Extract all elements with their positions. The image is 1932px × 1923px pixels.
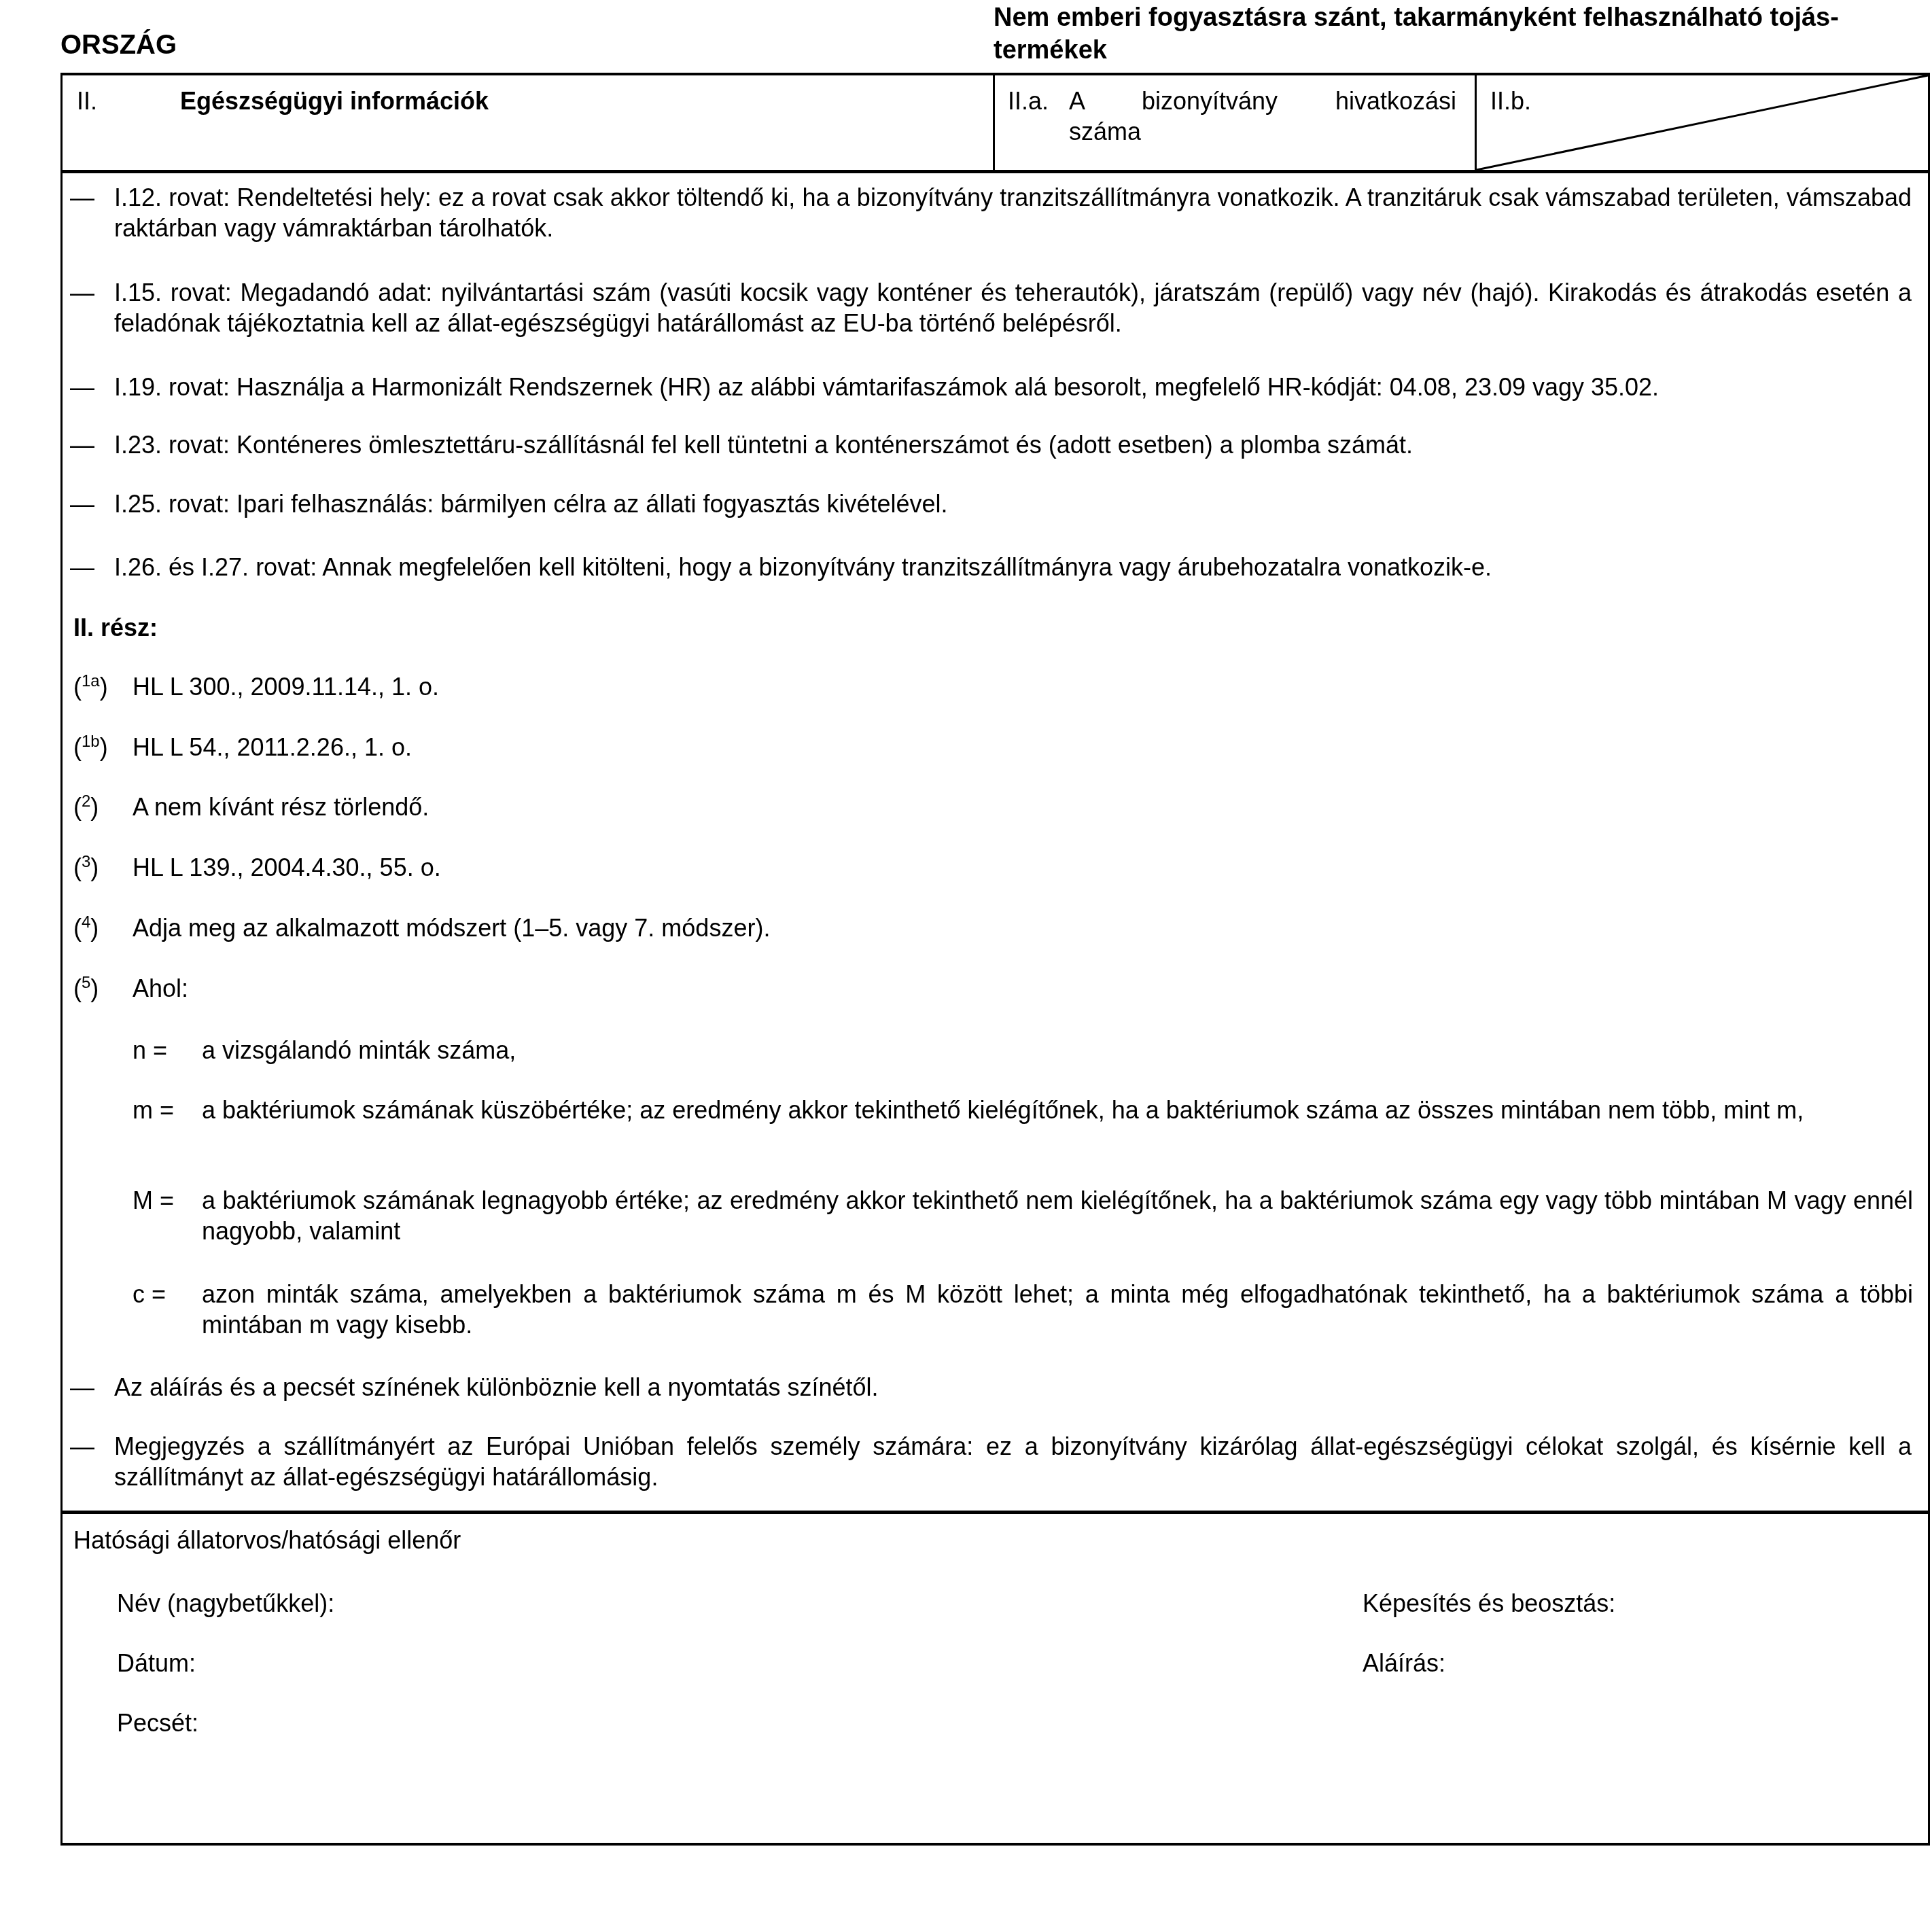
note-item: — I.23. rovat: Konténeres ömlesztettáru-… [70,429,1912,460]
qualification-field-label: Képesítés és beosztás: [1363,1588,1615,1619]
footnote-text: Ahol: [133,973,188,1004]
date-field-label: Dátum: [117,1648,196,1678]
definition-symbol: M = [133,1185,174,1216]
definition-item: m = a baktériumok számának küszöbértéke;… [133,1095,1913,1125]
definition-text: a baktériumok számának legnagyobb értéke… [202,1185,1913,1246]
dash: — [70,429,94,460]
official-heading: Hatósági állatorvos/hatósági ellenőr [73,1525,461,1555]
signature-section-divider [60,1511,1930,1514]
dash: — [70,1431,94,1462]
note-item: — Az aláírás és a pecsét színének különb… [70,1372,1912,1402]
name-field-label: Név (nagybetűkkel): [117,1588,334,1619]
dash: — [70,372,94,402]
definition-symbol: c = [133,1279,166,1309]
footnote-marker: (3) [73,852,99,883]
section-number: II. [77,86,97,116]
crossed-out-cell-diagonal [1475,74,1929,171]
note-text: I.19. rovat: Használja a Harmonizált Ren… [114,372,1912,402]
section-title: Egészségügyi információk [180,86,489,116]
footnote-text: Adja meg az alkalmazott módszert (1–5. v… [133,913,770,943]
iib-label: II.b. [1490,86,1531,116]
stamp-field-label: Pecsét: [117,1708,198,1738]
note-item: — I.26. és I.27. rovat: Annak megfelelőe… [70,552,1912,582]
signature-field-label: Aláírás: [1363,1648,1445,1678]
definition-item: M = a baktériumok számának legnagyobb ér… [133,1185,1913,1246]
note-text: I.15. rovat: Megadandó adat: nyilvántart… [114,277,1912,338]
dash: — [70,277,94,308]
note-item: — I.15. rovat: Megadandó adat: nyilvánta… [70,277,1912,338]
footnote-marker: (4) [73,913,99,943]
note-text: I.25. rovat: Ipari felhasználás: bármily… [114,489,1912,519]
definition-text: azon minták száma, amelyekben a baktériu… [202,1279,1913,1340]
note-item: — Megjegyzés a szállítmányért az Európai… [70,1431,1912,1492]
footnote-text: A nem kívánt rész törlendő. [133,792,429,822]
certificate-title: Nem emberi fogyasztásra szánt, takarmány… [994,1,1929,67]
definition-symbol: m = [133,1095,174,1125]
definition-symbol: n = [133,1035,167,1065]
reference-number-text-2: száma [1069,116,1141,147]
footnote-text: HL L 139., 2004.4.30., 55. o. [133,852,441,883]
note-text: I.12. rovat: Rendeltetési hely: ez a rov… [114,182,1912,243]
part2-heading: II. rész: [73,612,158,643]
certificate-title-line-1: Nem emberi fogyasztásra szánt, takarmány… [994,1,1929,34]
footnote-marker: (5) [73,973,99,1004]
footnote-marker: (1b) [73,732,108,762]
certificate-title-line-2: termékek [994,34,1929,67]
footnote-text: HL L 300., 2009.11.14., 1. o. [133,671,439,702]
definition-text: a baktériumok számának küszöbértéke; az … [202,1095,1913,1125]
note-text: Megjegyzés a szállítmányért az Európai U… [114,1431,1912,1492]
note-text: I.23. rovat: Konténeres ömlesztettáru-sz… [114,429,1912,460]
footnote-marker: (2) [73,792,99,822]
note-item: — I.12. rovat: Rendeltetési hely: ez a r… [70,182,1912,243]
header-column-divider-1 [993,74,995,171]
dash: — [70,182,94,213]
note-item: — I.25. rovat: Ipari felhasználás: bármi… [70,489,1912,519]
dash: — [70,1372,94,1402]
footnote-text: HL L 54., 2011.2.26., 1. o. [133,732,412,762]
definition-text: a vizsgálandó minták száma, [202,1035,1913,1065]
reference-number-label: II.a. [1008,86,1049,116]
note-text: Az aláírás és a pecsét színének különböz… [114,1372,1912,1402]
note-text: I.26. és I.27. rovat: Annak megfelelően … [114,552,1912,582]
definition-item: c = azon minták száma, amelyekben a bakt… [133,1279,1913,1340]
dash: — [70,552,94,582]
reference-number-text: A bizonyítvány hivatkozási [1069,86,1456,116]
definition-item: n = a vizsgálandó minták száma, [133,1035,1913,1065]
country-label: ORSZÁG [60,30,177,60]
form-frame [60,73,1930,1846]
dash: — [70,489,94,519]
footnote-marker: (1a) [73,671,108,702]
note-item: — I.19. rovat: Használja a Harmonizált R… [70,372,1912,402]
